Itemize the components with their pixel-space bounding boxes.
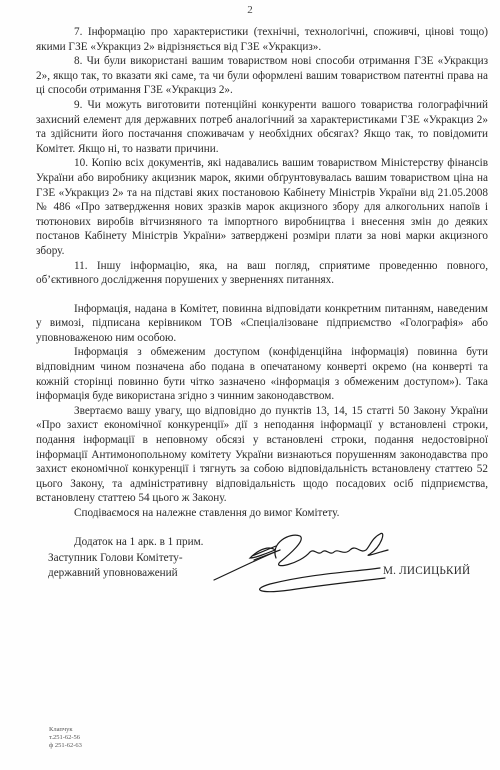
request-item-7: 7. Інформацію про характеристики (техніч…	[36, 25, 488, 54]
signatory-title: Заступник Голови Комітету- державний упо…	[48, 551, 183, 580]
signatory-title-line2: державний уповноважений	[48, 566, 183, 581]
request-item-11: 11. Іншу інформацію, яка, на ваш погляд,…	[36, 259, 488, 288]
request-item-9: 9. Чи можуть виготовити потенційні конку…	[36, 98, 488, 156]
executor-name: Клапчук	[49, 726, 82, 734]
info-requirements-paragraph: Інформація, надана в Комітет, повинна ві…	[36, 302, 488, 346]
spacer	[36, 288, 488, 302]
handwritten-signature-icon	[210, 528, 410, 608]
executor-footer: Клапчук т.251-62-56 ф 251-62-63	[49, 726, 82, 750]
request-item-10: 10. Копію всіх документів, які надавалис…	[36, 156, 488, 258]
executor-fax: ф 251-62-63	[49, 742, 82, 750]
document-body: 7. Інформацію про характеристики (техніч…	[36, 25, 488, 549]
page-number: 2	[0, 4, 500, 16]
request-item-8: 8. Чи були використані вашим товариством…	[36, 54, 488, 98]
document-page: 2 7. Інформацію про характеристики (техн…	[0, 0, 500, 770]
confidential-info-paragraph: Інформація з обмеженим доступом (конфіде…	[36, 345, 488, 403]
closing-paragraph: Сподіваємося на належне ставлення до вим…	[36, 506, 488, 521]
signatory-title-line1: Заступник Голови Комітету-	[48, 551, 183, 566]
liability-notice-paragraph: Звертаємо вашу увагу, що відповідно до п…	[36, 404, 488, 506]
executor-phone: т.251-62-56	[49, 734, 82, 742]
signatory-name: М. ЛИСИЦЬКИЙ	[383, 565, 470, 577]
